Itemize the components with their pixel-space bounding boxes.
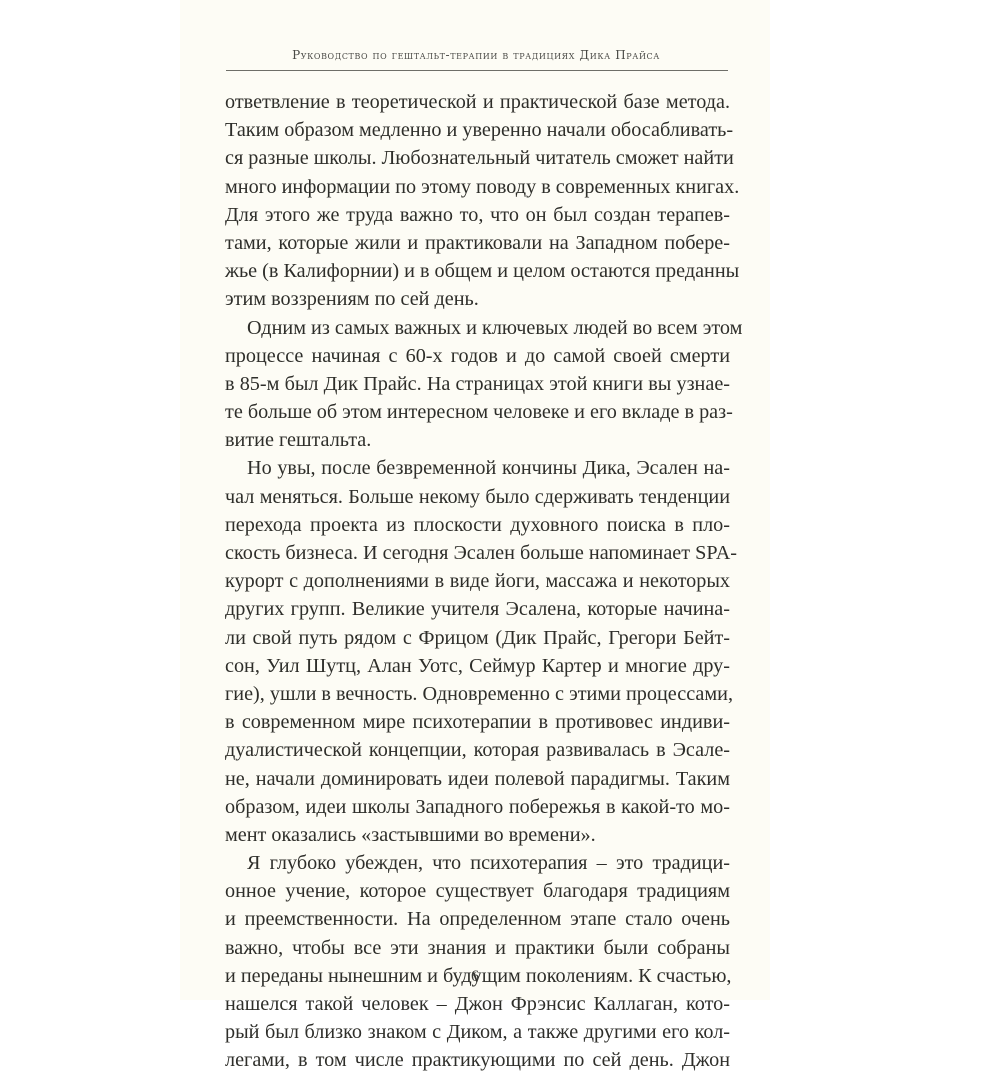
text-line: перехода проекта из плоскости духовного … [225,511,730,539]
text-line: других групп. Великие учителя Эсалена, к… [225,595,730,623]
text-line: Таким образом медленно и уверенно начали… [225,116,730,144]
text-line: те больше об этом интересном человеке и … [225,398,730,426]
text-line: нашелся такой человек – Джон Фрэнсис Кал… [225,990,730,1000]
text-line: дуалистической концепции, которая развив… [225,736,730,764]
text-line: скость бизнеса. И сегодня Эсален больше … [225,539,730,567]
text-line: в 85-м был Дик Прайс. На страницах этой … [225,370,730,398]
text-line: этим воззрениям по сей день. [225,285,730,313]
body-text: ответвление в теоретической и практическ… [225,88,730,1000]
running-head-title: Руководство по гештальт-терапии в традиц… [226,48,726,62]
text-line: Для этого же труда важно то, что он был … [225,201,730,229]
text-line: ся разные школы. Любознательный читатель… [225,144,730,172]
text-line: много информации по этому поводу в совре… [225,173,730,201]
text-line: ответвление в теоретической и практическ… [225,88,730,116]
text-line: ли свой путь рядом с Фрицом (Дик Прайс, … [225,624,730,652]
page-number: 6 [180,968,770,986]
text-line: витие гештальта. [225,426,730,454]
text-line: процессе начиная с 60-х годов и до самой… [225,342,730,370]
text-line: не, начали доминировать идеи полевой пар… [225,765,730,793]
text-line: Я глубоко убежден, что психотерапия – эт… [225,849,730,877]
text-line: образом, идеи школы Западного побережья … [225,793,730,821]
text-line: сон, Уил Шутц, Алан Уотс, Сеймур Картер … [225,652,730,680]
text-line: Одним из самых важных и ключевых людей в… [225,314,730,342]
text-line: жье (в Калифорнии) и в общем и целом ост… [225,257,730,285]
text-line: гие), ушли в вечность. Одновременно с эт… [225,680,730,708]
text-line: чал меняться. Больше некому было сдержив… [225,483,730,511]
text-line: важно, чтобы все эти знания и практики б… [225,934,730,962]
text-line: тами, которые жили и практиковали на Зап… [225,229,730,257]
header-divider [226,70,728,71]
text-line: в современном мире психотерапии в против… [225,708,730,736]
text-line: и преемственности. На определенном этапе… [225,905,730,933]
text-line: онное учение, которое существует благода… [225,877,730,905]
text-line: Но увы, после безвременной кончины Дика,… [225,454,730,482]
book-page: Руководство по гештальт-терапии в традиц… [180,0,770,1000]
text-line: курорт с дополнениями в виде йоги, масса… [225,567,730,595]
text-line: мент оказались «застывшими во времени». [225,821,730,849]
